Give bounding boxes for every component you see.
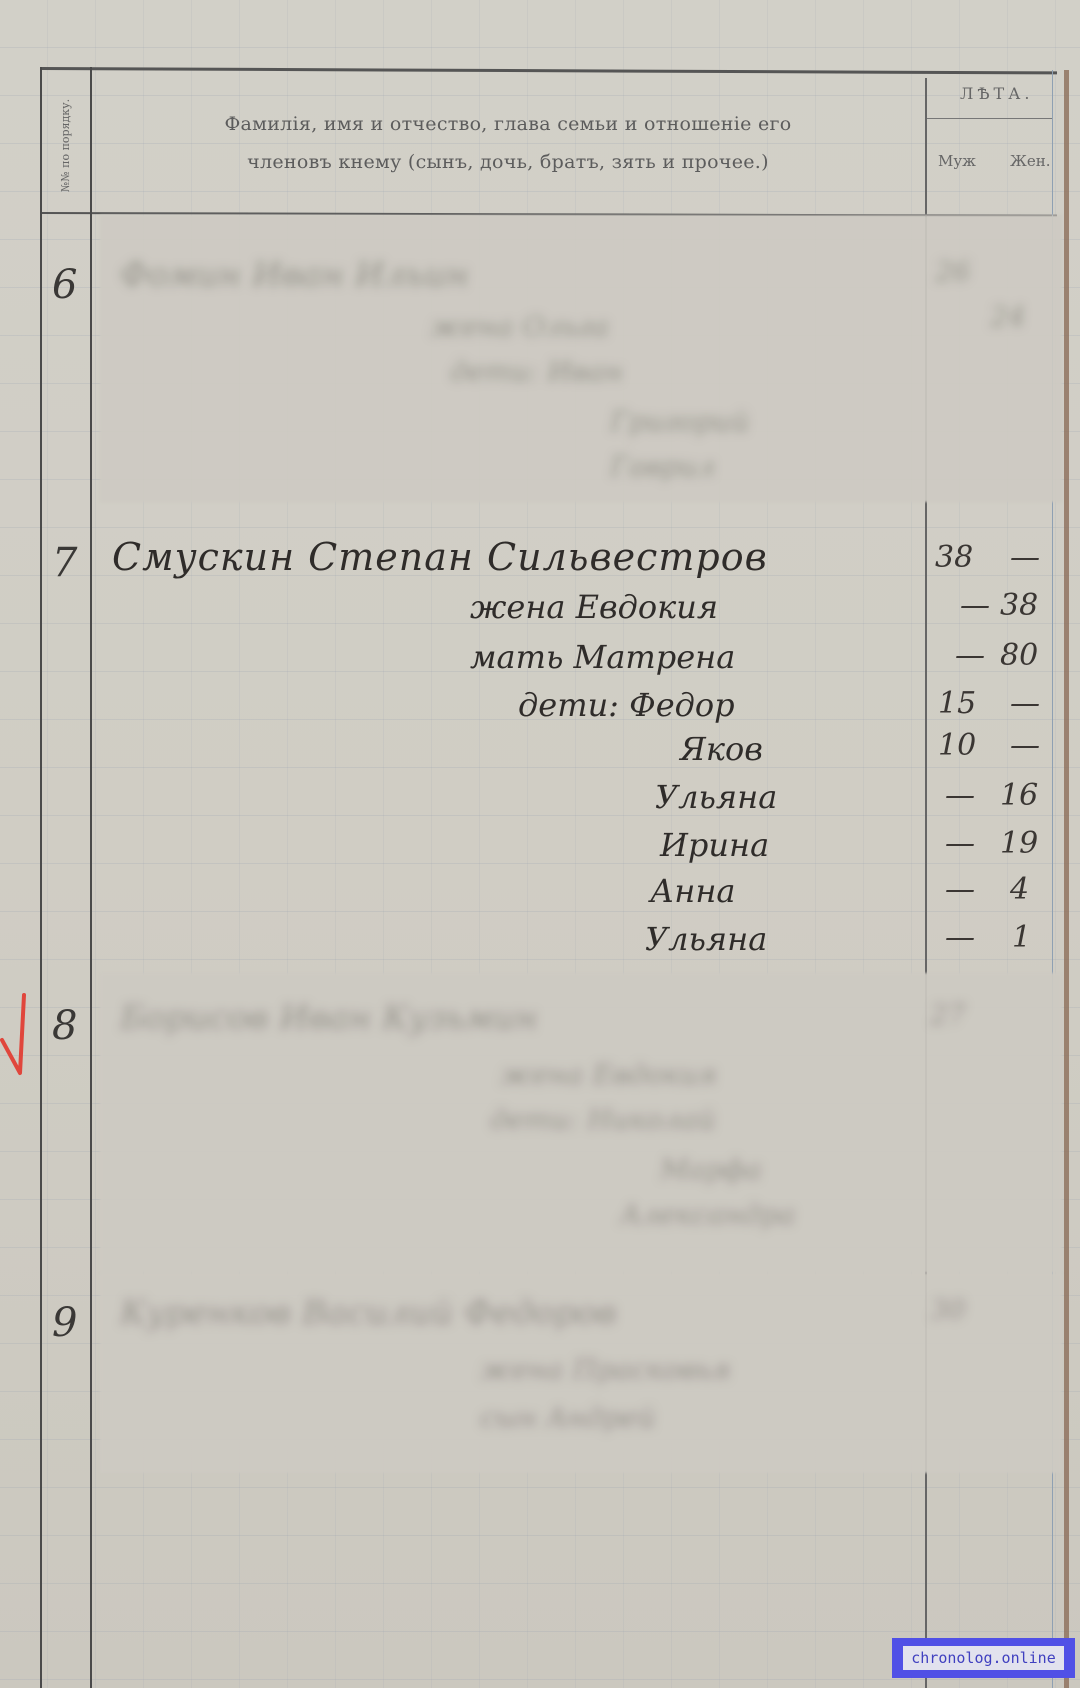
age-female: 4 xyxy=(1010,872,1029,907)
age-female: — xyxy=(1010,686,1040,721)
female-column-header: Жен. xyxy=(1010,152,1051,170)
age-female: — xyxy=(1010,728,1040,763)
age-female: 80 xyxy=(1000,638,1038,673)
number-column-header-text: №№ по порядку. xyxy=(60,98,73,191)
number-column-header: №№ по порядку. xyxy=(46,80,86,210)
age-male: — xyxy=(945,920,975,955)
left-border xyxy=(40,67,42,1688)
age-male: — xyxy=(960,588,990,623)
watermark-text: chronolog.online xyxy=(903,1646,1064,1670)
age-female: 38 xyxy=(1000,588,1038,623)
redacted-entry-6: Фомин Иван Ильин жена Ольга дети: Иван Г… xyxy=(100,215,1062,502)
page-edge xyxy=(1064,70,1069,1688)
redacted-entry-9: Куренков Василий Федоров жена Прасковья … xyxy=(100,1273,1062,1473)
years-subheader-divider xyxy=(927,118,1052,119)
age-male: 15 xyxy=(938,686,976,721)
name-column-header-line-1: Фамилія, имя и отчество, глава семьи и о… xyxy=(92,105,924,143)
age-male: — xyxy=(945,872,975,907)
member-row: Ульяна xyxy=(655,778,777,816)
name-column-header-line-2: членовъ кнему (сынъ, дочь, братъ, зять и… xyxy=(92,143,924,181)
member-row: Анна xyxy=(650,872,735,910)
age-male: 10 xyxy=(938,728,976,763)
watermark: chronolog.online xyxy=(892,1638,1075,1678)
male-column-header: Муж xyxy=(938,152,976,170)
member-row: Яков xyxy=(680,730,763,768)
age-male: — xyxy=(945,826,975,861)
entry-number-7: 7 xyxy=(52,540,77,586)
name-column-header: Фамилія, имя и отчество, глава семьи и о… xyxy=(92,105,924,181)
household-head: Смускин Степан Сильвестров xyxy=(112,535,768,579)
entry-number-8: 8 xyxy=(52,1003,77,1049)
member-row: жена Евдокия xyxy=(470,588,718,626)
entry-number-6: 6 xyxy=(52,262,77,308)
age-female: 1 xyxy=(1012,920,1031,955)
member-row: Ирина xyxy=(660,826,769,864)
number-column-border xyxy=(90,67,92,1688)
age-female: 16 xyxy=(1000,778,1038,813)
age-female: 19 xyxy=(1000,826,1038,861)
member-row: мать Матрена xyxy=(470,638,735,676)
years-column-header: ЛѢТА. xyxy=(960,84,1033,103)
age-male: — xyxy=(955,638,985,673)
register-page: №№ по порядку. Фамилія, имя и отчество, … xyxy=(0,0,1080,1688)
entry-number-9: 9 xyxy=(52,1300,77,1346)
age-female: — xyxy=(1010,540,1040,575)
member-row: Ульяна xyxy=(645,920,767,958)
member-row: дети: Федор xyxy=(518,686,735,724)
redacted-entry-8: Борисов Иван Кузьмин жена Евдокия дети: … xyxy=(100,973,1062,1273)
red-checkmark-icon xyxy=(0,985,30,1080)
age-male: — xyxy=(945,778,975,813)
age-male: 38 xyxy=(935,540,973,575)
table-top-border xyxy=(42,67,1057,74)
